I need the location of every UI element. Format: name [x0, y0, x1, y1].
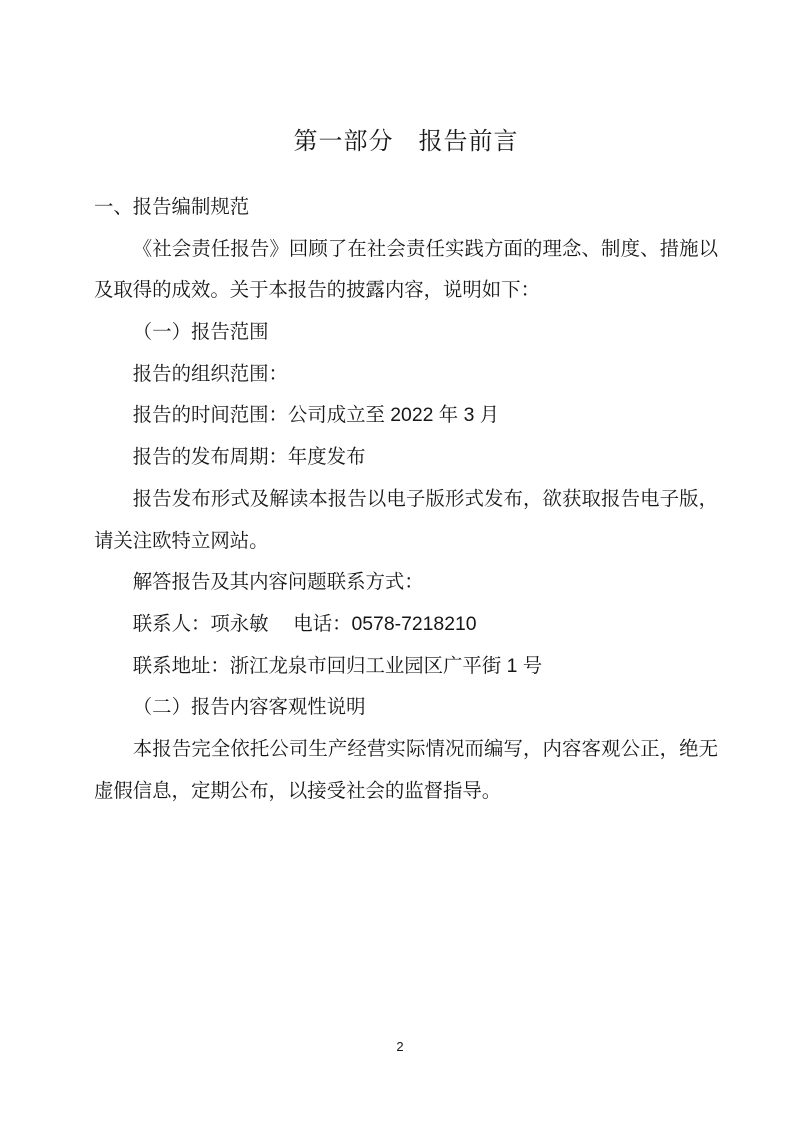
line-time-scope: 报告的时间范围：公司成立至 2022 年 3 月 [94, 395, 718, 437]
page-number: 2 [0, 1038, 800, 1056]
line-contact-method-intro: 解答报告及其内容问题联系方式： [94, 562, 718, 604]
section-heading-report-standards: 一、报告编制规范 [94, 187, 718, 229]
document-page: 第一部分 报告前言 一、报告编制规范 《社会责任报告》回顾了在社会责任实践方面的… [0, 0, 800, 1139]
para-release-form-line-2: 请关注欧特立网站。 [94, 521, 718, 563]
document-body: 一、报告编制规范 《社会责任报告》回顾了在社会责任实践方面的理念、制度、措施以 … [94, 187, 718, 812]
para-objectivity-line-2: 虚假信息，定期公布，以接受社会的监督指导。 [94, 771, 718, 813]
para-objectivity-line-1: 本报告完全依托公司生产经营实际情况而编写，内容客观公正，绝无 [94, 729, 718, 771]
subsection-heading-objectivity: （二）报告内容客观性说明 [94, 687, 718, 729]
page-title: 第一部分 报告前言 [94, 126, 718, 158]
line-contact-person-phone: 联系人：项永敏 电话：0578-7218210 [94, 604, 718, 646]
para-release-form-line-1: 报告发布形式及解读本报告以电子版形式发布，欲获取报告电子版， [94, 479, 718, 521]
line-release-cycle: 报告的发布周期：年度发布 [94, 437, 718, 479]
para-intro-line-2: 及取得的成效。关于本报告的披露内容，说明如下： [94, 270, 718, 312]
line-contact-address: 联系地址：浙江龙泉市回归工业园区广平街 1 号 [94, 646, 718, 688]
line-organization-scope: 报告的组织范围： [94, 354, 718, 396]
para-intro-line-1: 《社会责任报告》回顾了在社会责任实践方面的理念、制度、措施以 [94, 229, 718, 271]
subsection-heading-report-scope: （一）报告范围 [94, 312, 718, 354]
